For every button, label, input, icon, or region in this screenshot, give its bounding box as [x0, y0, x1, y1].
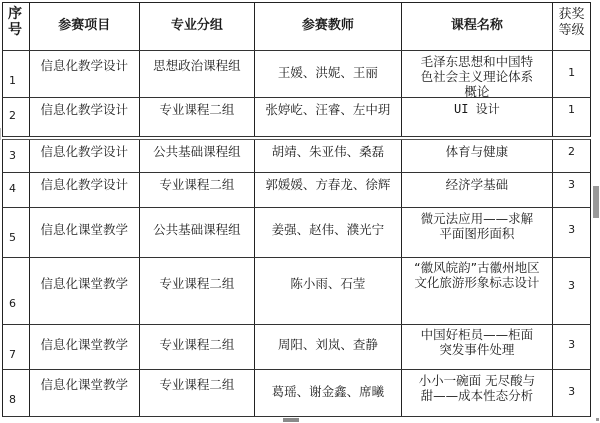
row-award: 3 [553, 370, 590, 416]
header-group: 专业分组 [140, 3, 256, 50]
header-award-line1: 获奖 [559, 7, 585, 22]
row-teachers: 郭媛媛、方春龙、徐辉 [255, 173, 401, 207]
header-index: 序 号 [3, 3, 30, 50]
row-award: 1 [553, 51, 590, 97]
header-index-line2: 号 [8, 22, 22, 38]
header-award-line2: 等级 [559, 23, 585, 38]
row-group: 专业课程二组 [140, 258, 256, 324]
row-award: 2 [553, 140, 590, 172]
row-teachers: 张婷屹、汪睿、左中玥 [255, 98, 401, 136]
table-row: 5 信息化课堂教学 公共基础课程组 姜强、赵伟、濮光宁 微元法应用——求解平面图… [2, 208, 591, 258]
row-course: 毛泽东思想和中国特色社会主义理论体系概论 [402, 51, 554, 97]
row-project: 信息化教学设计 [30, 51, 140, 97]
row-award: 3 [553, 325, 590, 369]
row-group: 专业课程二组 [140, 370, 256, 416]
row-course: 小小一碗面 无尽酸与甜——成本性态分析 [402, 370, 554, 416]
resize-corner [596, 418, 599, 421]
row-teachers: 陈小雨、石莹 [255, 258, 401, 324]
row-group: 思想政治课程组 [140, 51, 256, 97]
row-index: 1 [3, 51, 30, 97]
row-index: 5 [3, 208, 30, 257]
row-award: 3 [553, 208, 590, 257]
row-course: 经济学基础 [402, 173, 553, 207]
left-edge-marker [0, 128, 3, 140]
row-group: 专业课程二组 [140, 173, 256, 207]
row-award: 3 [553, 258, 590, 324]
row-index: 6 [3, 258, 30, 324]
vertical-scrollbar-thumb[interactable] [593, 186, 599, 218]
row-project: 信息化教学设计 [30, 173, 140, 207]
row-teachers: 姜强、赵伟、濮光宁 [255, 208, 401, 257]
row-teachers: 胡靖、朱亚伟、桑磊 [255, 140, 401, 172]
row-group: 公共基础课程组 [140, 140, 256, 172]
row-index: 7 [3, 325, 30, 369]
table-row: 4 信息化教学设计 专业课程二组 郭媛媛、方春龙、徐辉 经济学基础 3 [2, 173, 591, 208]
row-group: 专业课程二组 [140, 98, 256, 136]
table-row: 1 信息化教学设计 思想政治课程组 王媛、洪妮、王丽 毛泽东思想和中国特色社会主… [2, 51, 591, 98]
header-project: 参赛项目 [30, 3, 140, 50]
row-group: 公共基础课程组 [140, 208, 256, 257]
row-course: UI 设计 [402, 98, 553, 136]
row-course: 微元法应用——求解平面图形面积 [402, 208, 554, 257]
row-group: 专业课程二组 [140, 325, 256, 369]
row-index: 2 [3, 98, 30, 136]
header-index-line1: 序 [8, 6, 22, 22]
row-course: “徽风皖韵”古徽州地区文化旅游形象标志设计 [402, 258, 554, 324]
header-teachers: 参赛教师 [255, 3, 401, 50]
header-award: 获奖 等级 [553, 3, 590, 50]
row-teachers: 王媛、洪妮、王丽 [255, 51, 401, 97]
row-teachers: 葛瑶、谢金鑫、席曦 [255, 370, 401, 416]
header-course: 课程名称 [402, 3, 553, 50]
table-row: 3 信息化教学设计 公共基础课程组 胡靖、朱亚伟、桑磊 体育与健康 2 [2, 139, 591, 173]
table-row: 6 信息化课堂教学 专业课程二组 陈小雨、石莹 “徽风皖韵”古徽州地区文化旅游形… [2, 258, 591, 325]
table-row: 2 信息化教学设计 专业课程二组 张婷屹、汪睿、左中玥 UI 设计 1 [2, 98, 591, 137]
row-award: 1 [553, 98, 590, 136]
row-project: 信息化教学设计 [30, 140, 140, 172]
row-index: 3 [3, 140, 30, 172]
award-table: 序 号 参赛项目 专业分组 参赛教师 课程名称 获奖 等级 1 信息化教学设计 … [2, 2, 591, 417]
table-header-row: 序 号 参赛项目 专业分组 参赛教师 课程名称 获奖 等级 [2, 2, 591, 51]
row-course: 中国好柜员——柜面突发事件处理 [402, 325, 554, 369]
row-course: 体育与健康 [402, 140, 553, 172]
row-project: 信息化课堂教学 [30, 370, 140, 416]
table-row: 7 信息化课堂教学 专业课程二组 周阳、刘岚、查静 中国好柜员——柜面突发事件处… [2, 325, 591, 370]
horizontal-scrollbar-thumb[interactable] [283, 418, 299, 422]
row-project: 信息化课堂教学 [30, 325, 140, 369]
row-index: 4 [3, 173, 30, 207]
row-index: 8 [3, 370, 30, 416]
row-award: 3 [553, 173, 590, 207]
row-project: 信息化课堂教学 [30, 258, 140, 324]
row-teachers: 周阳、刘岚、查静 [255, 325, 401, 369]
row-project: 信息化课堂教学 [30, 208, 140, 257]
row-project: 信息化教学设计 [30, 98, 140, 136]
table-row: 8 信息化课堂教学 专业课程二组 葛瑶、谢金鑫、席曦 小小一碗面 无尽酸与甜——… [2, 370, 591, 417]
